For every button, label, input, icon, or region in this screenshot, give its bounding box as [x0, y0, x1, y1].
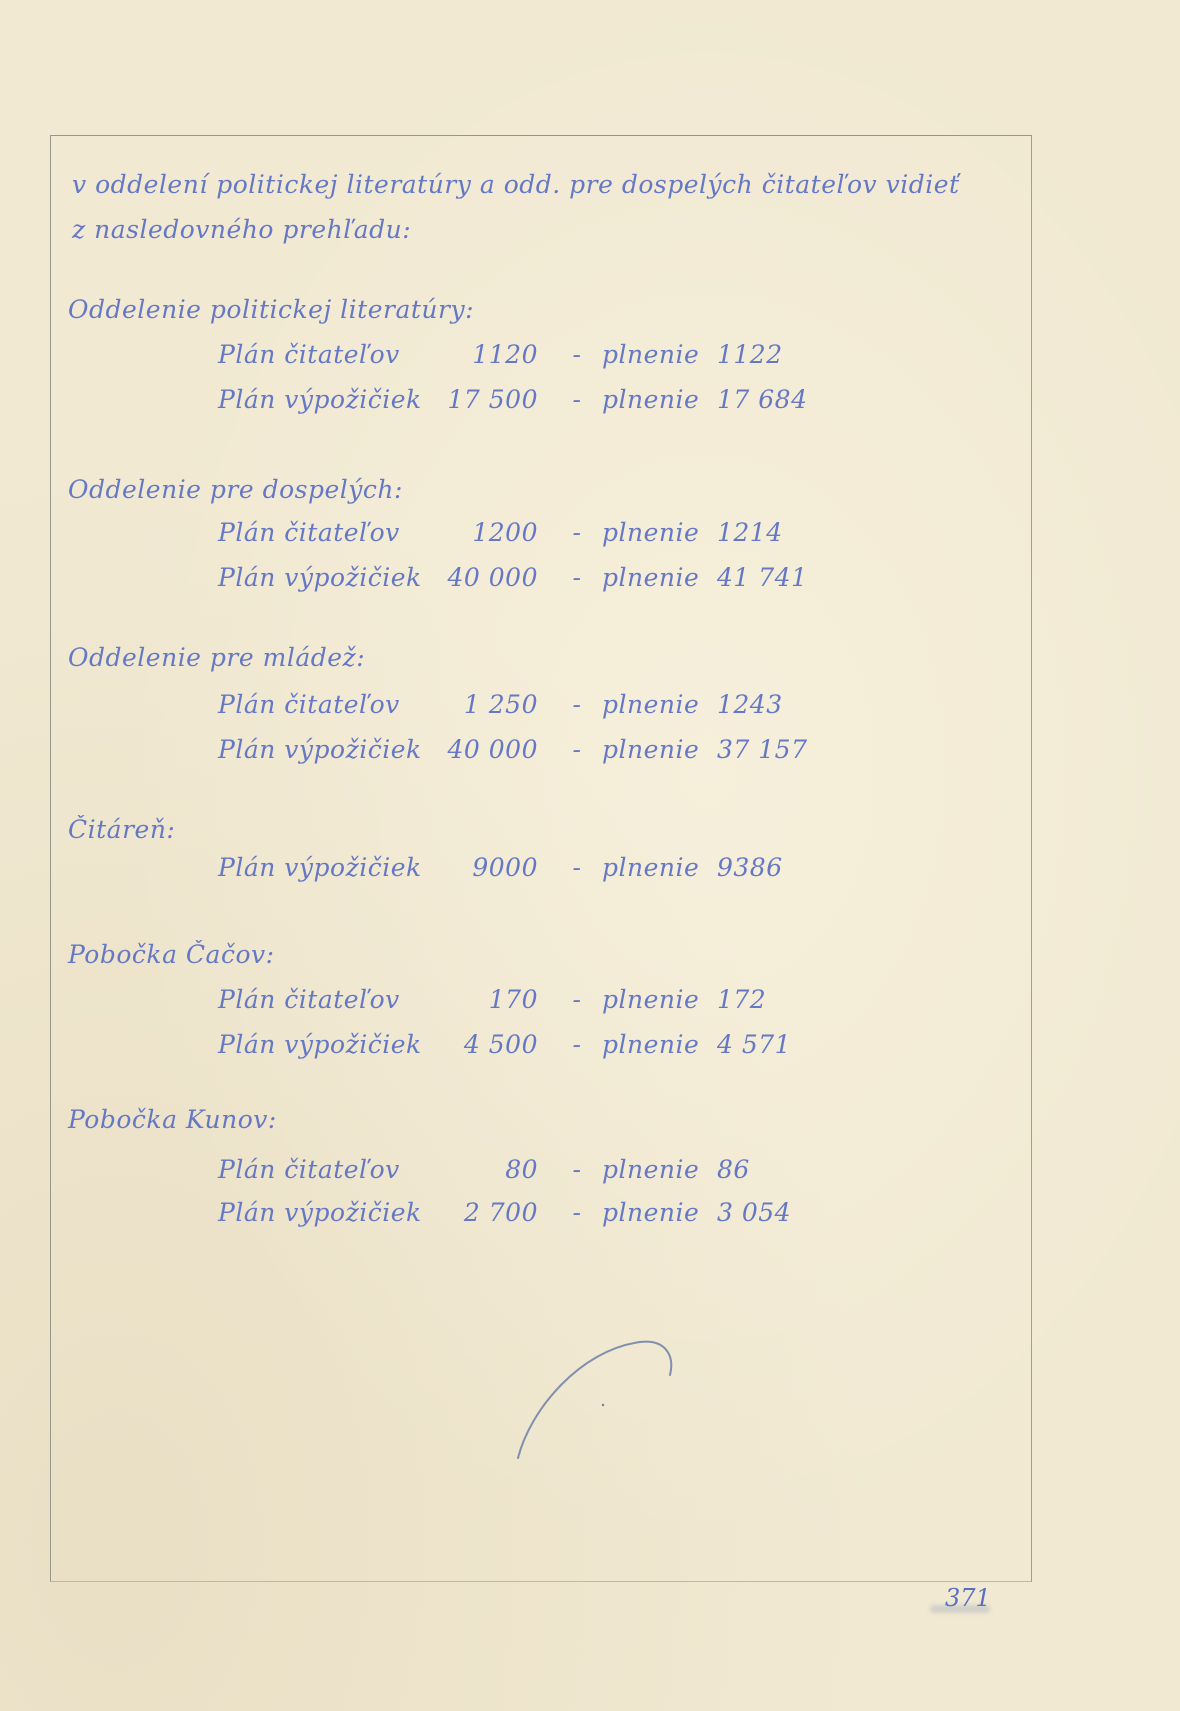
- dash: -: [562, 1198, 592, 1227]
- dash: -: [562, 1030, 592, 1059]
- row-label: Plán výpožičiek: [218, 1198, 438, 1227]
- section-heading-reading-room: Čitáreň:: [68, 815, 175, 844]
- fulfil-value: 41 741: [717, 563, 807, 592]
- table-row: Plán čitateľov 170 - plnenie 172: [218, 985, 766, 1014]
- row-label: Plán výpožičiek: [218, 563, 438, 592]
- table-row: Plán výpožičiek 9000 - plnenie 9386: [218, 853, 783, 882]
- fulfil-label: plnenie: [602, 1198, 717, 1227]
- row-label: Plán výpožičiek: [218, 853, 438, 882]
- fulfil-label: plnenie: [602, 518, 717, 547]
- dash: -: [562, 340, 592, 369]
- intro-line-2: z nasledovného prehľadu:: [72, 215, 411, 244]
- plan-value: 9000: [438, 853, 538, 882]
- fulfil-label: plnenie: [602, 853, 717, 882]
- dash: -: [562, 735, 592, 764]
- fulfil-value: 86: [717, 1155, 750, 1184]
- row-label: Plán čitateľov: [218, 1155, 438, 1184]
- fulfil-value: 9386: [717, 853, 783, 882]
- section-heading-adults: Oddelenie pre dospelých:: [68, 475, 403, 504]
- table-row: Plán výpožičiek 17 500 - plnenie 17 684: [218, 385, 807, 414]
- plan-value: 1 250: [438, 690, 538, 719]
- table-row: Plán výpožičiek 4 500 - plnenie 4 571: [218, 1030, 791, 1059]
- plan-value: 1200: [438, 518, 538, 547]
- section-heading-political: Oddelenie politickej literatúry:: [68, 295, 474, 324]
- dash: -: [562, 518, 592, 547]
- row-label: Plán čitateľov: [218, 985, 438, 1014]
- table-row: Plán čitateľov 1120 - plnenie 1122: [218, 340, 783, 369]
- plan-value: 2 700: [438, 1198, 538, 1227]
- intro-line-1: v oddelení politickej literatúry a odd. …: [72, 170, 960, 199]
- fulfil-value: 1214: [717, 518, 783, 547]
- row-label: Plán výpožičiek: [218, 1030, 438, 1059]
- table-row: Plán čitateľov 80 - plnenie 86: [218, 1155, 750, 1184]
- fulfil-value: 172: [717, 985, 766, 1014]
- fulfil-label: plnenie: [602, 563, 717, 592]
- fulfil-label: plnenie: [602, 1030, 717, 1059]
- plan-value: 80: [438, 1155, 538, 1184]
- plan-value: 40 000: [438, 735, 538, 764]
- dash: -: [562, 853, 592, 882]
- plan-value: 40 000: [438, 563, 538, 592]
- fulfil-label: plnenie: [602, 690, 717, 719]
- fulfil-label: plnenie: [602, 340, 717, 369]
- row-label: Plán čitateľov: [218, 340, 438, 369]
- dash: -: [562, 385, 592, 414]
- fulfil-value: 4 571: [717, 1030, 791, 1059]
- fulfil-value: 3 054: [717, 1198, 791, 1227]
- fulfil-label: plnenie: [602, 985, 717, 1014]
- fulfil-label: plnenie: [602, 385, 717, 414]
- plan-value: 17 500: [438, 385, 538, 414]
- plan-value: 1120: [438, 340, 538, 369]
- fulfil-value: 17 684: [717, 385, 807, 414]
- fulfil-value: 1122: [717, 340, 783, 369]
- fulfil-label: plnenie: [602, 1155, 717, 1184]
- plan-value: 170: [438, 985, 538, 1014]
- dash: -: [562, 985, 592, 1014]
- dash: -: [562, 690, 592, 719]
- closing-pen-stroke-icon: [510, 1330, 690, 1470]
- dash: -: [562, 563, 592, 592]
- section-heading-branch-cacov: Pobočka Čačov:: [68, 940, 275, 969]
- table-row: Plán výpožičiek 40 000 - plnenie 41 741: [218, 563, 807, 592]
- dash: -: [562, 1155, 592, 1184]
- row-label: Plán výpožičiek: [218, 735, 438, 764]
- row-label: Plán výpožičiek: [218, 385, 438, 414]
- table-row: Plán výpožičiek 2 700 - plnenie 3 054: [218, 1198, 791, 1227]
- section-heading-youth: Oddelenie pre mládež:: [68, 643, 365, 672]
- section-heading-branch-kunov: Pobočka Kunov:: [68, 1105, 277, 1134]
- page-number: 371: [945, 1584, 991, 1612]
- table-row: Plán čitateľov 1200 - plnenie 1214: [218, 518, 783, 547]
- fulfil-label: plnenie: [602, 735, 717, 764]
- fulfil-value: 1243: [717, 690, 783, 719]
- row-label: Plán čitateľov: [218, 518, 438, 547]
- row-label: Plán čitateľov: [218, 690, 438, 719]
- fulfil-value: 37 157: [717, 735, 807, 764]
- table-row: Plán čitateľov 1 250 - plnenie 1243: [218, 690, 783, 719]
- table-row: Plán výpožičiek 40 000 - plnenie 37 157: [218, 735, 807, 764]
- plan-value: 4 500: [438, 1030, 538, 1059]
